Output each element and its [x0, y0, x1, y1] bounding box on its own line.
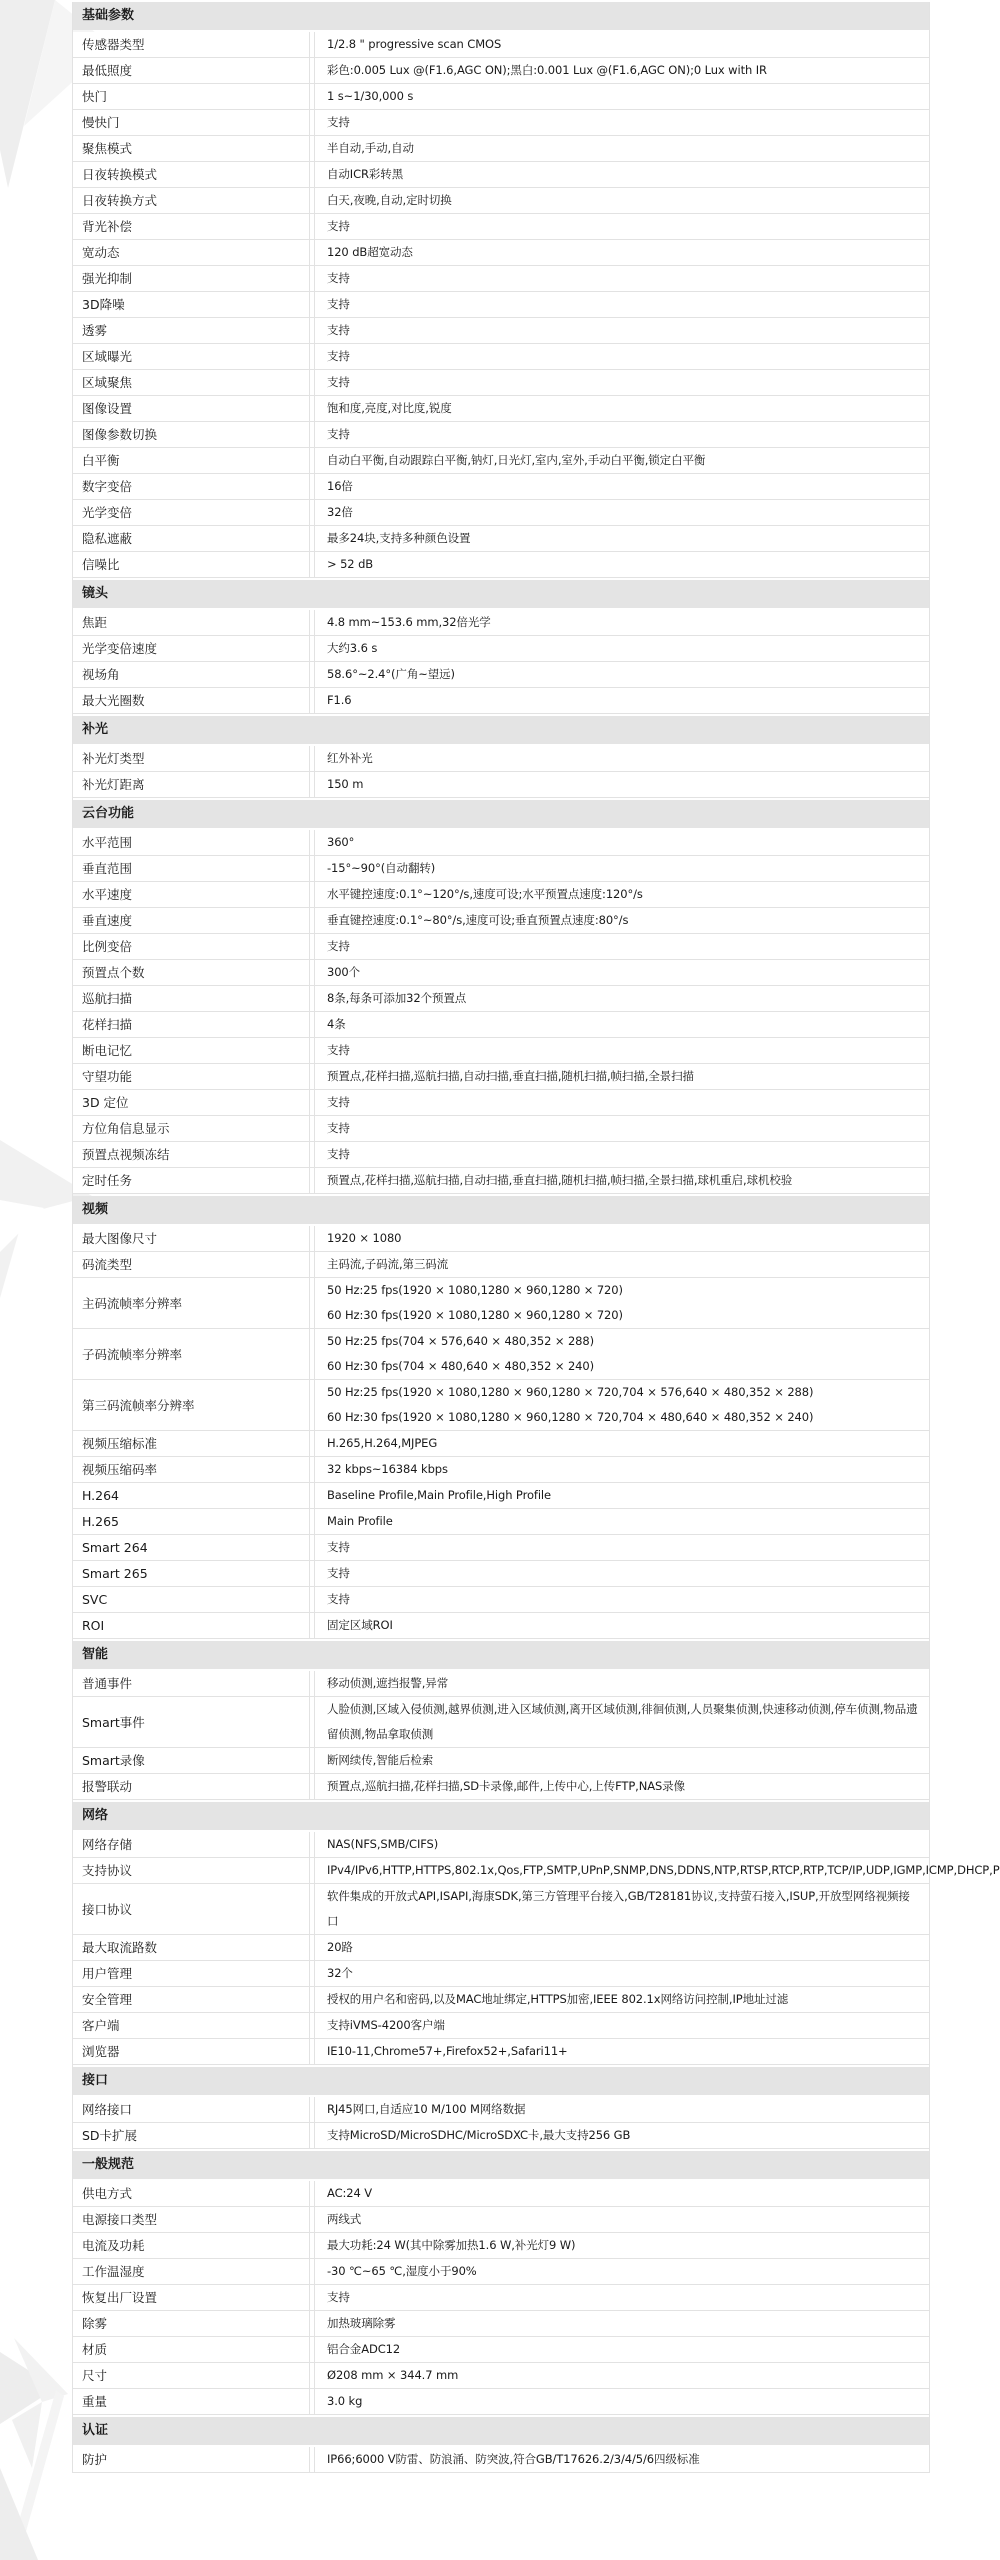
- spec-row: 隐私遮蔽 最多24块,支持多种颜色设置: [73, 526, 929, 552]
- row-value: 120 dB超宽动态: [314, 240, 929, 265]
- row-value: AC:24 V: [314, 2181, 929, 2206]
- row-label: 客户端: [73, 2013, 310, 2038]
- spec-row: 用户管理 32个: [73, 1961, 929, 1987]
- row-value: 人脸侦测,区域入侵侦测,越界侦测,进入区域侦测,离开区域侦测,徘徊侦测,人员聚集…: [314, 1697, 929, 1747]
- row-value: 支持: [314, 1587, 929, 1612]
- row-value: 支持: [314, 292, 929, 317]
- row-label: 材质: [73, 2337, 310, 2362]
- row-value: IE10-11,Chrome57+,Firefox52+,Safari11+: [314, 2039, 929, 2064]
- row-label: 快门: [73, 84, 310, 109]
- row-label: SD卡扩展: [73, 2123, 310, 2148]
- spec-row: 日夜转换模式 自动ICR彩转黑: [73, 162, 929, 188]
- row-value: RJ45网口,自适应10 M/100 M网络数据: [314, 2097, 929, 2122]
- section-rows: 网络存储 NAS(NFS,SMB/CIFS) 支持协议 IPv4/IPv6,HT…: [73, 1832, 929, 2065]
- row-label: 区域聚焦: [73, 370, 310, 395]
- section-rows: 焦距 4.8 mm~153.6 mm,32倍光学 光学变倍速度 大约3.6 s …: [73, 610, 929, 714]
- spec-row: 材质 铝合金ADC12: [73, 2337, 929, 2363]
- section-header: 接口: [73, 2067, 929, 2095]
- spec-section: 智能 普通事件 移动侦测,遮挡报警,异常 Smart事件 人脸侦测,区域入侵侦测…: [73, 1641, 929, 1800]
- spec-row: 电流及功耗 最大功耗:24 W(其中除雾加热1.6 W,补光灯9 W): [73, 2233, 929, 2259]
- row-value: Baseline Profile,Main Profile,High Profi…: [314, 1483, 929, 1508]
- row-label: 光学变倍: [73, 500, 310, 525]
- row-value: 最大功耗:24 W(其中除雾加热1.6 W,补光灯9 W): [314, 2233, 929, 2258]
- row-value: 预置点,巡航扫描,花样扫描,SD卡录像,邮件,上传中心,上传FTP,NAS录像: [314, 1774, 929, 1799]
- row-value: 授权的用户名和密码,以及MAC地址绑定,HTTPS加密,IEEE 802.1x网…: [314, 1987, 929, 2012]
- row-label: 用户管理: [73, 1961, 310, 1986]
- spec-row: Smart事件 人脸侦测,区域入侵侦测,越界侦测,进入区域侦测,离开区域侦测,徘…: [73, 1697, 929, 1748]
- spec-row: 日夜转换方式 白天,夜晚,自动,定时切换: [73, 188, 929, 214]
- spec-row: 数字变倍 16倍: [73, 474, 929, 500]
- row-value: 300个: [314, 960, 929, 985]
- row-value: 预置点,花样扫描,巡航扫描,自动扫描,垂直扫描,随机扫描,帧扫描,全景扫描: [314, 1064, 929, 1089]
- row-value: 支持: [314, 1116, 929, 1141]
- spec-row: 守望功能 预置点,花样扫描,巡航扫描,自动扫描,垂直扫描,随机扫描,帧扫描,全景…: [73, 1064, 929, 1090]
- spec-row: 报警联动 预置点,巡航扫描,花样扫描,SD卡录像,邮件,上传中心,上传FTP,N…: [73, 1774, 929, 1800]
- row-value: 预置点,花样扫描,巡航扫描,自动扫描,垂直扫描,随机扫描,帧扫描,全景扫描,球机…: [314, 1168, 929, 1193]
- row-value: -30 ℃~65 ℃,湿度小于90%: [314, 2259, 929, 2284]
- row-value: 支持: [314, 1561, 929, 1586]
- spec-section: 云台功能 水平范围 360° 垂直范围 -15°~90°(自动翻转) 水平速度 …: [73, 800, 929, 1194]
- row-value: 支持: [314, 1038, 929, 1063]
- row-value: 最多24块,支持多种颜色设置: [314, 526, 929, 551]
- spec-row: 第三码流帧率分辨率 50 Hz:25 fps(1920 × 1080,1280 …: [73, 1380, 929, 1431]
- row-label: 供电方式: [73, 2181, 310, 2206]
- spec-row: 最大光圈数 F1.6: [73, 688, 929, 714]
- row-value: 32个: [314, 1961, 929, 1986]
- spec-row: ROI 固定区域ROI: [73, 1613, 929, 1639]
- row-label: H.264: [73, 1483, 310, 1508]
- spec-row: 传感器类型 1/2.8 " progressive scan CMOS: [73, 32, 929, 58]
- row-label: 安全管理: [73, 1987, 310, 2012]
- row-label: 守望功能: [73, 1064, 310, 1089]
- section-header: 视频: [73, 1196, 929, 1224]
- spec-section: 接口 网络接口 RJ45网口,自适应10 M/100 M网络数据 SD卡扩展 支…: [73, 2067, 929, 2149]
- row-value: Ø208 mm × 344.7 mm: [314, 2363, 929, 2388]
- spec-row: Smart 264 支持: [73, 1535, 929, 1561]
- spec-row: SD卡扩展 支持MicroSD/MicroSDHC/MicroSDXC卡,最大支…: [73, 2123, 929, 2149]
- spec-row: 供电方式 AC:24 V: [73, 2181, 929, 2207]
- spec-page: { "colors": { "section_header_bg": "#e4e…: [0, 0, 1000, 2560]
- section-header: 认证: [73, 2417, 929, 2445]
- row-label: 防护: [73, 2447, 310, 2472]
- row-label: 报警联动: [73, 1774, 310, 1799]
- row-value: 3.0 kg: [314, 2389, 929, 2414]
- row-value: 20路: [314, 1935, 929, 1960]
- spec-section: 镜头 焦距 4.8 mm~153.6 mm,32倍光学 光学变倍速度 大约3.6…: [73, 580, 929, 714]
- row-label: 比例变倍: [73, 934, 310, 959]
- row-label: 宽动态: [73, 240, 310, 265]
- spec-row: 光学变倍速度 大约3.6 s: [73, 636, 929, 662]
- section-rows: 普通事件 移动侦测,遮挡报警,异常 Smart事件 人脸侦测,区域入侵侦测,越界…: [73, 1671, 929, 1800]
- row-label: Smart录像: [73, 1748, 310, 1773]
- spec-row: 尺寸 Ø208 mm × 344.7 mm: [73, 2363, 929, 2389]
- row-value: 自动白平衡,自动跟踪白平衡,钠灯,日光灯,室内,室外,手动白平衡,锁定白平衡: [314, 448, 929, 473]
- spec-row: 方位角信息显示 支持: [73, 1116, 929, 1142]
- row-label: 预置点个数: [73, 960, 310, 985]
- row-label: 聚焦模式: [73, 136, 310, 161]
- row-value: 50 Hz:25 fps(1920 × 1080,1280 × 960,1280…: [314, 1278, 929, 1328]
- spec-row: 慢快门 支持: [73, 110, 929, 136]
- spec-row: 花样扫描 4条: [73, 1012, 929, 1038]
- row-label: SVC: [73, 1587, 310, 1612]
- row-value: 垂直键控速度:0.1°~80°/s,速度可设;垂直预置点速度:80°/s: [314, 908, 929, 933]
- spec-row: 水平速度 水平键控速度:0.1°~120°/s,速度可设;水平预置点速度:120…: [73, 882, 929, 908]
- row-label: 隐私遮蔽: [73, 526, 310, 551]
- section-rows: 防护 IP66;6000 V防雷、防浪涌、防突波,符合GB/T17626.2/3…: [73, 2447, 929, 2473]
- spec-row: 最大取流路数 20路: [73, 1935, 929, 1961]
- spec-row: 重量 3.0 kg: [73, 2389, 929, 2415]
- row-value: 支持: [314, 1090, 929, 1115]
- row-label: 最低照度: [73, 58, 310, 83]
- spec-row: 断电记忆 支持: [73, 1038, 929, 1064]
- section-header: 一般规范: [73, 2151, 929, 2179]
- row-label: 日夜转换方式: [73, 188, 310, 213]
- spec-row: 比例变倍 支持: [73, 934, 929, 960]
- row-label: 定时任务: [73, 1168, 310, 1193]
- row-value: 支持iVMS-4200客户端: [314, 2013, 929, 2038]
- spec-row: 补光灯距离 150 m: [73, 772, 929, 798]
- row-value: 4条: [314, 1012, 929, 1037]
- spec-row: 区域聚焦 支持: [73, 370, 929, 396]
- spec-row: 3D 定位 支持: [73, 1090, 929, 1116]
- watermark-shape: [0, 1200, 44, 1252]
- row-value: 150 m: [314, 772, 929, 797]
- section-rows: 供电方式 AC:24 V 电源接口类型 两线式 电流及功耗 最大功耗:24 W(…: [73, 2181, 929, 2415]
- row-label: 最大光圈数: [73, 688, 310, 713]
- row-label: 接口协议: [73, 1884, 310, 1934]
- row-label: 3D 定位: [73, 1090, 310, 1115]
- row-label: 垂直速度: [73, 908, 310, 933]
- row-label: 水平范围: [73, 830, 310, 855]
- spec-row: 图像参数切换 支持: [73, 422, 929, 448]
- spec-row: 白平衡 自动白平衡,自动跟踪白平衡,钠灯,日光灯,室内,室外,手动白平衡,锁定白…: [73, 448, 929, 474]
- row-value: 彩色:0.005 Lux @(F1.6,AGC ON);黑白:0.001 Lux…: [314, 58, 929, 83]
- section-header: 基础参数: [73, 2, 929, 30]
- row-label: 支持协议: [73, 1858, 310, 1883]
- spec-row: 网络接口 RJ45网口,自适应10 M/100 M网络数据: [73, 2097, 929, 2123]
- section-rows: 水平范围 360° 垂直范围 -15°~90°(自动翻转) 水平速度 水平键控速…: [73, 830, 929, 1194]
- spec-row: 网络存储 NAS(NFS,SMB/CIFS): [73, 1832, 929, 1858]
- row-label: 子码流帧率分辨率: [73, 1329, 310, 1379]
- row-label: 传感器类型: [73, 32, 310, 57]
- spec-row: 焦距 4.8 mm~153.6 mm,32倍光学: [73, 610, 929, 636]
- row-label: 强光抑制: [73, 266, 310, 291]
- row-value: 16倍: [314, 474, 929, 499]
- row-label: 焦距: [73, 610, 310, 635]
- spec-row: 预置点个数 300个: [73, 960, 929, 986]
- row-label: 主码流帧率分辨率: [73, 1278, 310, 1328]
- row-value: 断网续传,智能后检索: [314, 1748, 929, 1773]
- row-label: 最大图像尺寸: [73, 1226, 310, 1251]
- spec-row: 客户端 支持iVMS-4200客户端: [73, 2013, 929, 2039]
- row-label: 光学变倍速度: [73, 636, 310, 661]
- spec-row: H.264 Baseline Profile,Main Profile,High…: [73, 1483, 929, 1509]
- row-label: 普通事件: [73, 1671, 310, 1696]
- row-value: IPv4/IPv6,HTTP,HTTPS,802.1x,Qos,FTP,SMTP…: [314, 1858, 1000, 1883]
- spec-row: 主码流帧率分辨率 50 Hz:25 fps(1920 × 1080,1280 ×…: [73, 1278, 929, 1329]
- spec-row: 恢复出厂设置 支持: [73, 2285, 929, 2311]
- row-label: 视场角: [73, 662, 310, 687]
- row-value: 32 kbps~16384 kbps: [314, 1457, 929, 1482]
- spec-row: 支持协议 IPv4/IPv6,HTTP,HTTPS,802.1x,Qos,FTP…: [73, 1858, 929, 1884]
- spec-row: 聚焦模式 半自动,手动,自动: [73, 136, 929, 162]
- row-label: 恢复出厂设置: [73, 2285, 310, 2310]
- row-value: 红外补光: [314, 746, 929, 771]
- spec-row: 3D降噪 支持: [73, 292, 929, 318]
- spec-row: Smart 265 支持: [73, 1561, 929, 1587]
- spec-row: 区域曝光 支持: [73, 344, 929, 370]
- row-label: 尺寸: [73, 2363, 310, 2388]
- row-value: 50 Hz:25 fps(704 × 576,640 × 480,352 × 2…: [314, 1329, 929, 1379]
- row-value: 两线式: [314, 2207, 929, 2232]
- spec-row: 安全管理 授权的用户名和密码,以及MAC地址绑定,HTTPS加密,IEEE 80…: [73, 1987, 929, 2013]
- row-value: 白天,夜晚,自动,定时切换: [314, 188, 929, 213]
- spec-row: SVC 支持: [73, 1587, 929, 1613]
- spec-row: 视频压缩标准 H.265,H.264,MJPEG: [73, 1431, 929, 1457]
- spec-table: 基础参数 传感器类型 1/2.8 " progressive scan CMOS…: [72, 2, 930, 2473]
- row-value: 软件集成的开放式API,ISAPI,海康SDK,第三方管理平台接入,GB/T28…: [314, 1884, 929, 1934]
- row-value: 360°: [314, 830, 929, 855]
- row-label: 网络存储: [73, 1832, 310, 1857]
- spec-row: 强光抑制 支持: [73, 266, 929, 292]
- row-value: 支持: [314, 214, 929, 239]
- row-label: 视频压缩标准: [73, 1431, 310, 1456]
- row-label: 白平衡: [73, 448, 310, 473]
- section-rows: 传感器类型 1/2.8 " progressive scan CMOS 最低照度…: [73, 32, 929, 578]
- row-label: 除雾: [73, 2311, 310, 2336]
- spec-section: 网络 网络存储 NAS(NFS,SMB/CIFS) 支持协议 IPv4/IPv6…: [73, 1802, 929, 2065]
- spec-row: 水平范围 360°: [73, 830, 929, 856]
- spec-row: 子码流帧率分辨率 50 Hz:25 fps(704 × 576,640 × 48…: [73, 1329, 929, 1380]
- spec-row: 补光灯类型 红外补光: [73, 746, 929, 772]
- row-value: NAS(NFS,SMB/CIFS): [314, 1832, 929, 1857]
- row-value: 支持: [314, 1142, 929, 1167]
- row-value: 主码流,子码流,第三码流: [314, 1252, 929, 1277]
- spec-row: 浏览器 IE10-11,Chrome57+,Firefox52+,Safari1…: [73, 2039, 929, 2065]
- spec-row: 接口协议 软件集成的开放式API,ISAPI,海康SDK,第三方管理平台接入,G…: [73, 1884, 929, 1935]
- row-label: ROI: [73, 1613, 310, 1638]
- spec-row: 巡航扫描 8条,每条可添加32个预置点: [73, 986, 929, 1012]
- row-label: 方位角信息显示: [73, 1116, 310, 1141]
- row-label: Smart 265: [73, 1561, 310, 1586]
- section-header: 补光: [73, 716, 929, 744]
- row-value: 饱和度,亮度,对比度,锐度: [314, 396, 929, 421]
- spec-row: 最大图像尺寸 1920 × 1080: [73, 1226, 929, 1252]
- section-header: 云台功能: [73, 800, 929, 828]
- row-value: 4.8 mm~153.6 mm,32倍光学: [314, 610, 929, 635]
- row-value: 支持: [314, 1535, 929, 1560]
- row-label: 数字变倍: [73, 474, 310, 499]
- row-value: > 52 dB: [314, 552, 929, 577]
- row-label: 图像参数切换: [73, 422, 310, 447]
- row-label: 信噪比: [73, 552, 310, 577]
- row-value: IP66;6000 V防雷、防浪涌、防突波,符合GB/T17626.2/3/4/…: [314, 2447, 929, 2472]
- spec-row: 垂直速度 垂直键控速度:0.1°~80°/s,速度可设;垂直预置点速度:80°/…: [73, 908, 929, 934]
- row-value: 移动侦测,遮挡报警,异常: [314, 1671, 929, 1696]
- row-value: 1/2.8 " progressive scan CMOS: [314, 32, 929, 57]
- row-value: 支持MicroSD/MicroSDHC/MicroSDXC卡,最大支持256 G…: [314, 2123, 929, 2148]
- row-value: 支持: [314, 934, 929, 959]
- spec-row: 电源接口类型 两线式: [73, 2207, 929, 2233]
- spec-row: 定时任务 预置点,花样扫描,巡航扫描,自动扫描,垂直扫描,随机扫描,帧扫描,全景…: [73, 1168, 929, 1194]
- row-label: 视频压缩码率: [73, 1457, 310, 1482]
- row-label: 补光灯类型: [73, 746, 310, 771]
- spec-row: 防护 IP66;6000 V防雷、防浪涌、防突波,符合GB/T17626.2/3…: [73, 2447, 929, 2473]
- row-label: 3D降噪: [73, 292, 310, 317]
- row-label: 预置点视频冻结: [73, 1142, 310, 1167]
- row-label: 最大取流路数: [73, 1935, 310, 1960]
- row-label: 区域曝光: [73, 344, 310, 369]
- spec-row: 图像设置 饱和度,亮度,对比度,锐度: [73, 396, 929, 422]
- row-label: 码流类型: [73, 1252, 310, 1277]
- row-value: 支持: [314, 344, 929, 369]
- section-header: 网络: [73, 1802, 929, 1830]
- row-label: 日夜转换模式: [73, 162, 310, 187]
- row-label: Smart事件: [73, 1697, 310, 1747]
- spec-row: 宽动态 120 dB超宽动态: [73, 240, 929, 266]
- row-label: 水平速度: [73, 882, 310, 907]
- spec-row: 背光补偿 支持: [73, 214, 929, 240]
- spec-row: 视频压缩码率 32 kbps~16384 kbps: [73, 1457, 929, 1483]
- row-value: F1.6: [314, 688, 929, 713]
- row-label: 背光补偿: [73, 214, 310, 239]
- spec-row: 光学变倍 32倍: [73, 500, 929, 526]
- spec-row: 最低照度 彩色:0.005 Lux @(F1.6,AGC ON);黑白:0.00…: [73, 58, 929, 84]
- row-value: 支持: [314, 110, 929, 135]
- row-value: -15°~90°(自动翻转): [314, 856, 929, 881]
- spec-row: 码流类型 主码流,子码流,第三码流: [73, 1252, 929, 1278]
- row-label: 电流及功耗: [73, 2233, 310, 2258]
- row-value: 支持: [314, 266, 929, 291]
- row-label: 透雾: [73, 318, 310, 343]
- row-label: 花样扫描: [73, 1012, 310, 1037]
- spec-row: 透雾 支持: [73, 318, 929, 344]
- spec-row: 快门 1 s~1/30,000 s: [73, 84, 929, 110]
- row-value: 加热玻璃除雾: [314, 2311, 929, 2336]
- row-label: 重量: [73, 2389, 310, 2414]
- section-header: 镜头: [73, 580, 929, 608]
- row-value: 支持: [314, 422, 929, 447]
- row-value: Main Profile: [314, 1509, 929, 1534]
- spec-section: 视频 最大图像尺寸 1920 × 1080 码流类型 主码流,子码流,第三码流 …: [73, 1196, 929, 1639]
- spec-row: 除雾 加热玻璃除雾: [73, 2311, 929, 2337]
- row-label: 图像设置: [73, 396, 310, 421]
- spec-section: 基础参数 传感器类型 1/2.8 " progressive scan CMOS…: [73, 2, 929, 578]
- spec-row: 工作温湿度 -30 ℃~65 ℃,湿度小于90%: [73, 2259, 929, 2285]
- spec-row: 视场角 58.6°~2.4°(广角~望远): [73, 662, 929, 688]
- spec-section: 认证 防护 IP66;6000 V防雷、防浪涌、防突波,符合GB/T17626.…: [73, 2417, 929, 2473]
- row-value: 支持: [314, 2285, 929, 2310]
- row-value: 8条,每条可添加32个预置点: [314, 986, 929, 1011]
- row-value: 58.6°~2.4°(广角~望远): [314, 662, 929, 687]
- row-label: 慢快门: [73, 110, 310, 135]
- row-value: 1920 × 1080: [314, 1226, 929, 1251]
- row-value: 支持: [314, 370, 929, 395]
- row-label: H.265: [73, 1509, 310, 1534]
- spec-row: H.265 Main Profile: [73, 1509, 929, 1535]
- row-label: 补光灯距离: [73, 772, 310, 797]
- row-value: 固定区域ROI: [314, 1613, 929, 1638]
- row-value: H.265,H.264,MJPEG: [314, 1431, 929, 1456]
- spec-row: 信噪比 > 52 dB: [73, 552, 929, 578]
- row-value: 半自动,手动,自动: [314, 136, 929, 161]
- row-value: 1 s~1/30,000 s: [314, 84, 929, 109]
- row-label: 浏览器: [73, 2039, 310, 2064]
- spec-row: 普通事件 移动侦测,遮挡报警,异常: [73, 1671, 929, 1697]
- row-label: 断电记忆: [73, 1038, 310, 1063]
- spec-row: Smart录像 断网续传,智能后检索: [73, 1748, 929, 1774]
- section-rows: 网络接口 RJ45网口,自适应10 M/100 M网络数据 SD卡扩展 支持Mi…: [73, 2097, 929, 2149]
- row-value: 50 Hz:25 fps(1920 × 1080,1280 × 960,1280…: [314, 1380, 929, 1430]
- row-label: Smart 264: [73, 1535, 310, 1560]
- row-label: 第三码流帧率分辨率: [73, 1380, 310, 1430]
- row-label: 巡航扫描: [73, 986, 310, 1011]
- spec-section: 补光 补光灯类型 红外补光 补光灯距离 150 m: [73, 716, 929, 798]
- section-header: 智能: [73, 1641, 929, 1669]
- spec-row: 预置点视频冻结 支持: [73, 1142, 929, 1168]
- spec-section: 一般规范 供电方式 AC:24 V 电源接口类型 两线式 电流及功耗 最大功耗:…: [73, 2151, 929, 2415]
- row-value: 水平键控速度:0.1°~120°/s,速度可设;水平预置点速度:120°/s: [314, 882, 929, 907]
- row-value: 32倍: [314, 500, 929, 525]
- row-value: 大约3.6 s: [314, 636, 929, 661]
- row-value: 自动ICR彩转黑: [314, 162, 929, 187]
- section-rows: 补光灯类型 红外补光 补光灯距离 150 m: [73, 746, 929, 798]
- row-label: 网络接口: [73, 2097, 310, 2122]
- section-rows: 最大图像尺寸 1920 × 1080 码流类型 主码流,子码流,第三码流 主码流…: [73, 1226, 929, 1639]
- row-label: 垂直范围: [73, 856, 310, 881]
- row-label: 工作温湿度: [73, 2259, 310, 2284]
- row-value: 铝合金ADC12: [314, 2337, 929, 2362]
- spec-row: 垂直范围 -15°~90°(自动翻转): [73, 856, 929, 882]
- row-label: 电源接口类型: [73, 2207, 310, 2232]
- row-value: 支持: [314, 318, 929, 343]
